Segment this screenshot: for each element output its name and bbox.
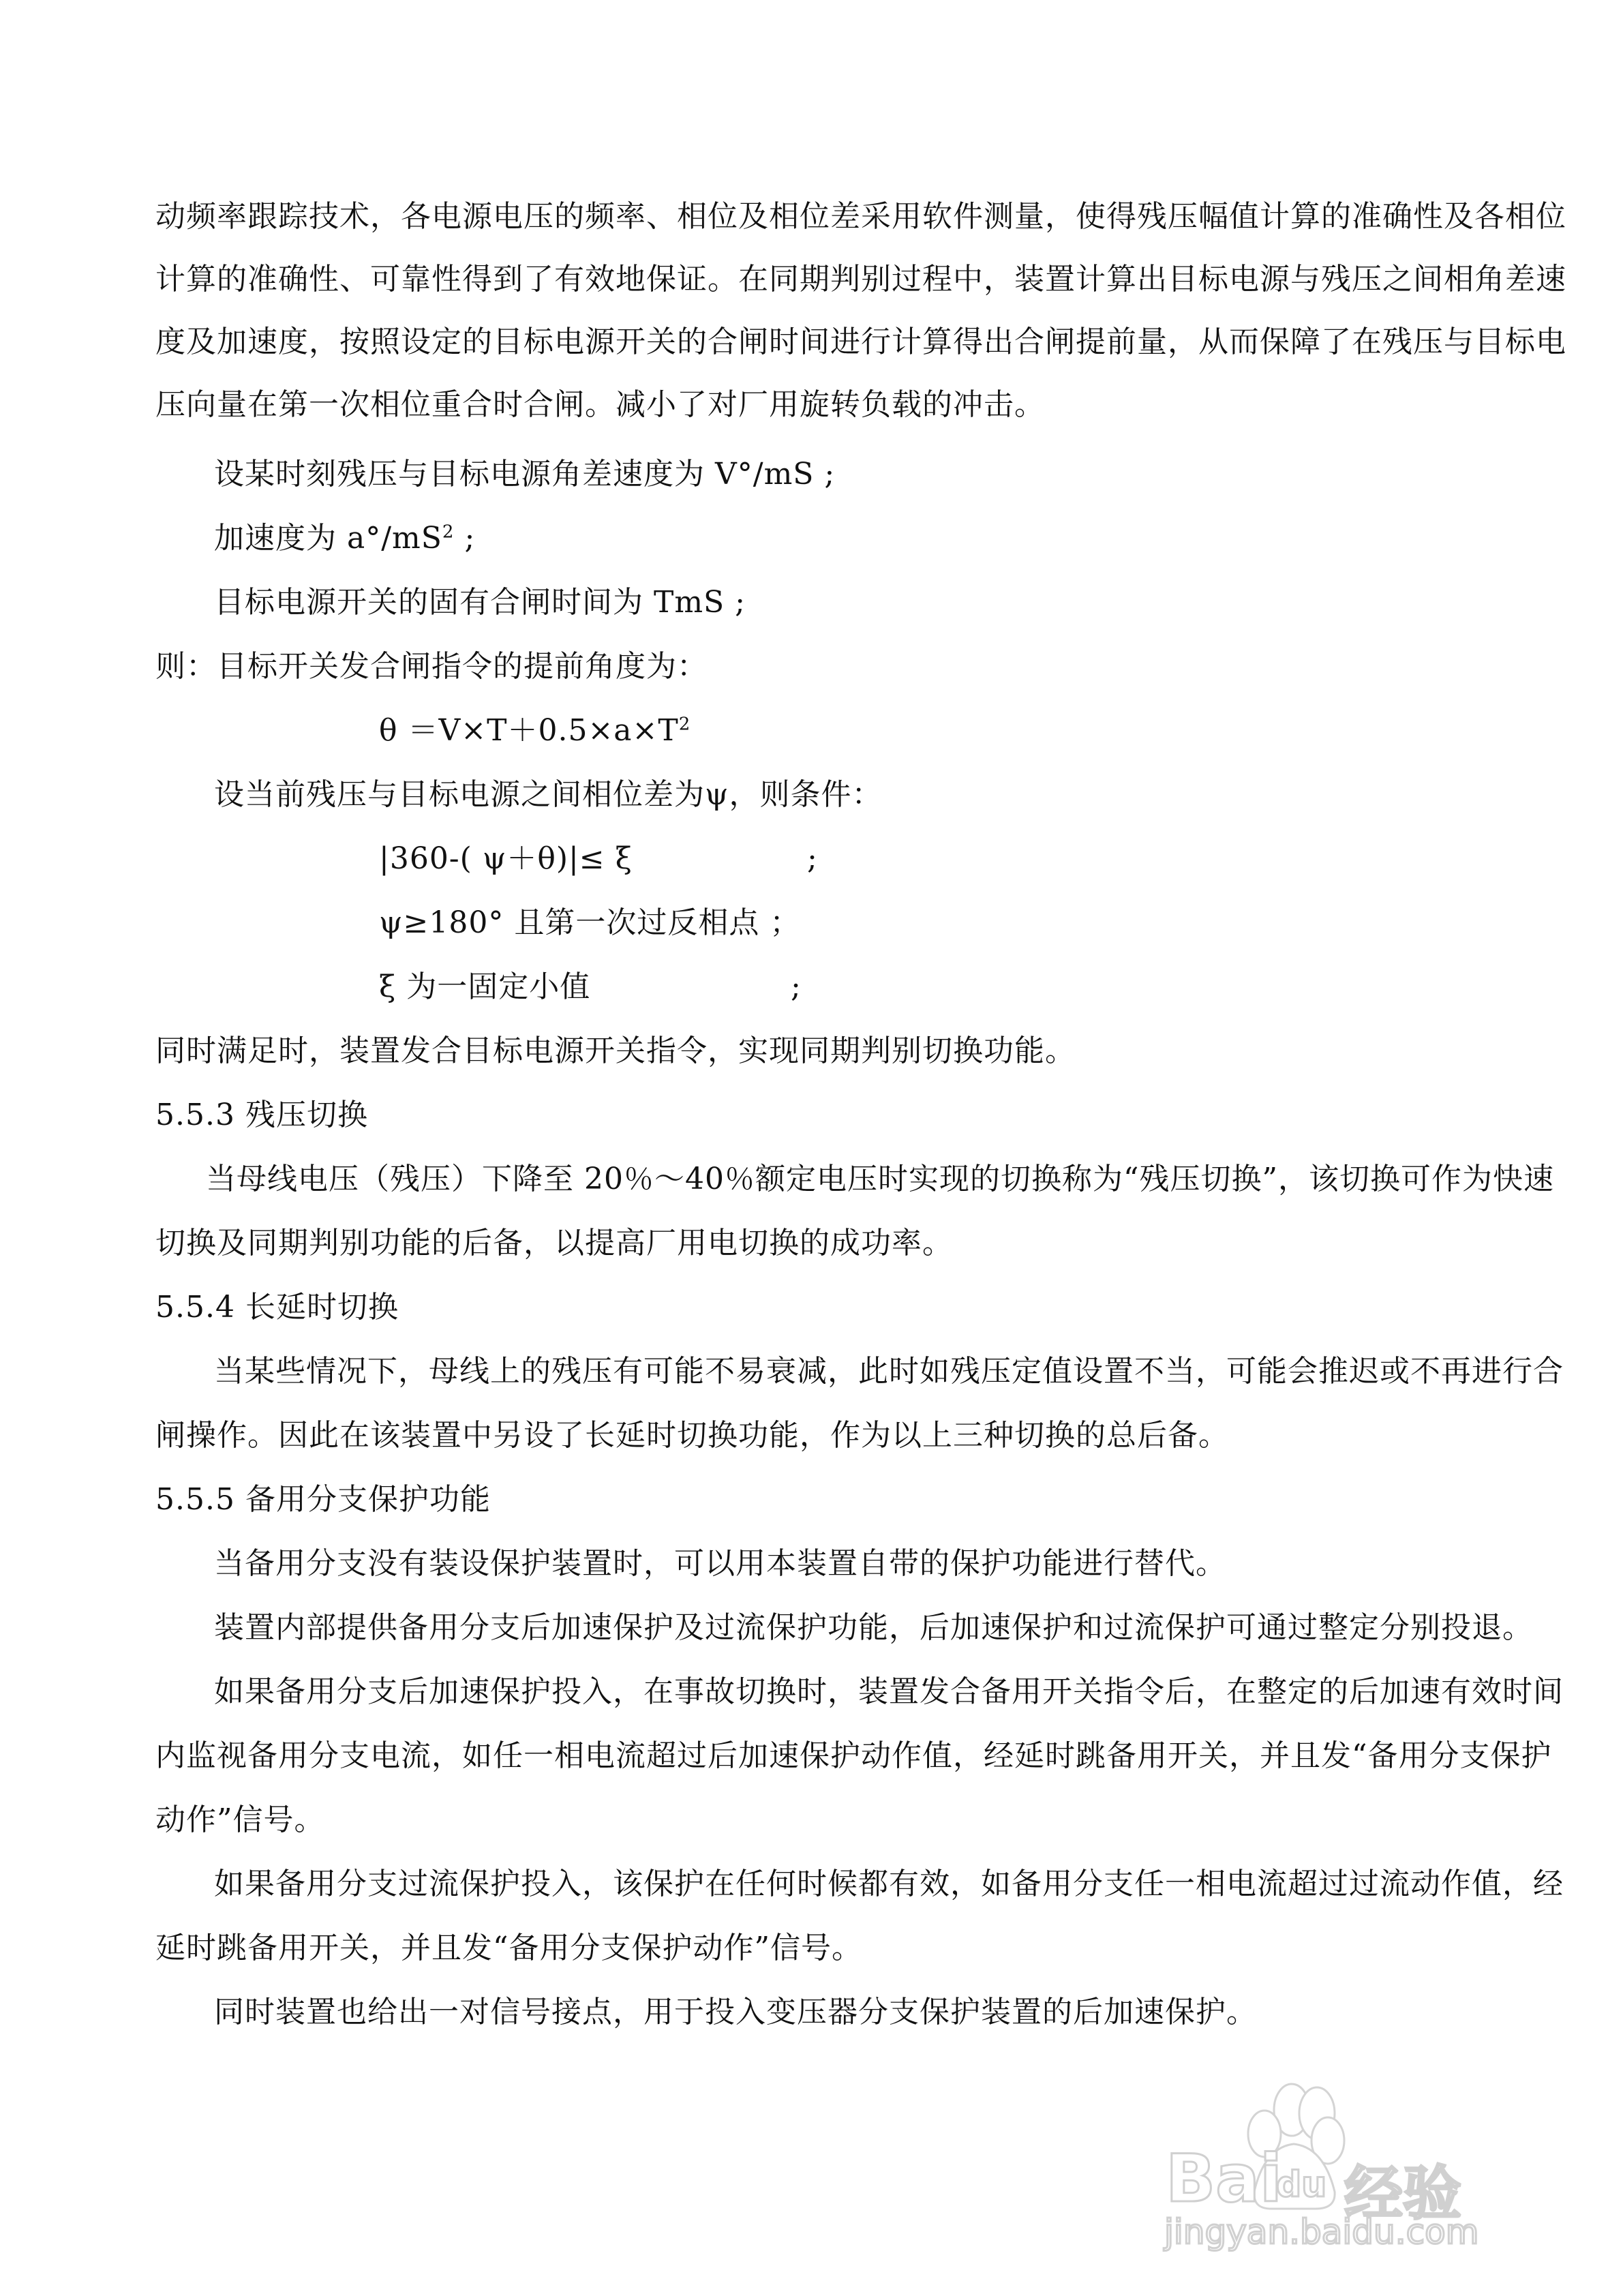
condition-3: ξ 为一固定小值 bbox=[379, 968, 590, 1006]
section-5-5-5-para-3-line-3: 动作”信号。 bbox=[155, 1801, 325, 1839]
section-5-5-4-title: 5.5.4 长延时切换 bbox=[155, 1288, 399, 1327]
baidu-jingyan-watermark: Bai du 经验 jingyan.baidu.com bbox=[1145, 2045, 1568, 2250]
para1-line-3: 度及加速度，按照设定的目标电源开关的合闸时间进行计算得出合闸提前量，从而保障了在… bbox=[155, 323, 1505, 361]
document-page: 动频率跟踪技术，各电源电压的频率、相位及相位差采用软件测量，使得残压幅值计算的准… bbox=[0, 0, 1623, 2296]
condition-2: ψ≥180° 且第一次过反相点 ； bbox=[379, 904, 800, 942]
def-acceleration-text: 加速度为 a°/mS bbox=[214, 521, 442, 556]
section-5-5-5-para-3-line-2: 内监视备用分支电流，如任一相电流超过后加速保护动作值，经延时跳备用开关，并且发“… bbox=[155, 1737, 1505, 1775]
def-velocity: 设某时刻残压与目标电源角差速度为 V°/mS ; bbox=[214, 455, 835, 494]
then-statement: 则：目标开关发合闸指令的提前角度为： bbox=[155, 648, 708, 686]
section-5-5-3-line-2: 切换及同期判别功能的后备，以提高厂用电切换的成功率。 bbox=[155, 1224, 953, 1263]
condition-intro: 设当前残压与目标电源之间相位差为ψ，则条件： bbox=[214, 776, 883, 814]
condition-3-end: ; bbox=[791, 968, 802, 1006]
def-acceleration-sup: 2 bbox=[442, 522, 455, 542]
para1-line-1: 动频率跟踪技术，各电源电压的频率、相位及相位差采用软件测量，使得残压幅值计算的准… bbox=[155, 198, 1505, 236]
watermark-url: jingyan.baidu.com bbox=[1164, 2212, 1478, 2252]
section-5-5-5-para-5: 同时装置也给出一对信号接点，用于投入变压器分支保护装置的后加速保护。 bbox=[214, 1993, 1257, 2031]
condition-1-end: ; bbox=[807, 840, 818, 878]
section-5-5-5-para-4-line-1: 如果备用分支过流保护投入，该保护在任何时候都有效，如备用分支任一相电流超过过流动… bbox=[214, 1865, 1505, 1903]
para1-line-2: 计算的准确性、可靠性得到了有效地保证。在同期判别过程中，装置计算出目标电源与残压… bbox=[155, 260, 1505, 299]
section-5-5-5-title: 5.5.5 备用分支保护功能 bbox=[155, 1481, 491, 1519]
section-5-5-4-line-2: 闸操作。因此在该装置中另设了长延时切换功能，作为以上三种切换的总后备。 bbox=[155, 1417, 1229, 1455]
section-5-5-5-para-4-line-2: 延时跳备用开关，并且发“备用分支保护动作”信号。 bbox=[155, 1929, 862, 1967]
para1-line-4: 压向量在第一次相位重合时合闸。减小了对厂用旋转负载的冲击。 bbox=[155, 386, 1045, 424]
watermark-brand-bai: Bai bbox=[1166, 2141, 1282, 2217]
condition-1: |360-( ψ＋θ)|≤ ξ bbox=[379, 840, 633, 878]
section-5-5-4-line-1: 当某些情况下，母线上的残压有可能不易衰减，此时如残压定值设置不当，可能会推迟或不… bbox=[214, 1353, 1505, 1391]
section-5-5-5-para-1: 当备用分支没有装设保护装置时，可以用本装置自带的保护功能进行替代。 bbox=[214, 1545, 1226, 1583]
def-closing-time: 目标电源开关的固有合闸时间为 TmS ; bbox=[214, 584, 746, 622]
section-5-5-3-title: 5.5.3 残压切换 bbox=[155, 1096, 368, 1134]
def-acceleration: 加速度为 a°/mS2 ; bbox=[214, 519, 475, 558]
section-5-5-3-line-1: 当母线电压（残压）下降至 20％～40％额定电压时实现的切换称为“残压切换”，该… bbox=[206, 1160, 1505, 1198]
section-5-5-5-para-3-line-1: 如果备用分支后加速保护投入，在事故切换时，装置发合备用开关指令后，在整定的后加速… bbox=[214, 1673, 1505, 1711]
watermark-brand-du: du bbox=[1276, 2164, 1326, 2205]
def-acceleration-suffix: ; bbox=[454, 521, 475, 556]
formula-text: θ ＝V×T＋0.5×a×T bbox=[379, 713, 679, 748]
formula-sup: 2 bbox=[679, 714, 691, 734]
formula-theta: θ ＝V×T＋0.5×a×T2 bbox=[379, 712, 691, 750]
condition-result: 同时满足时，装置发合目标电源开关指令，实现同期判别切换功能。 bbox=[155, 1032, 1076, 1070]
section-5-5-5-para-2: 装置内部提供备用分支后加速保护及过流保护功能，后加速保护和过流保护可通过整定分别… bbox=[214, 1609, 1533, 1647]
